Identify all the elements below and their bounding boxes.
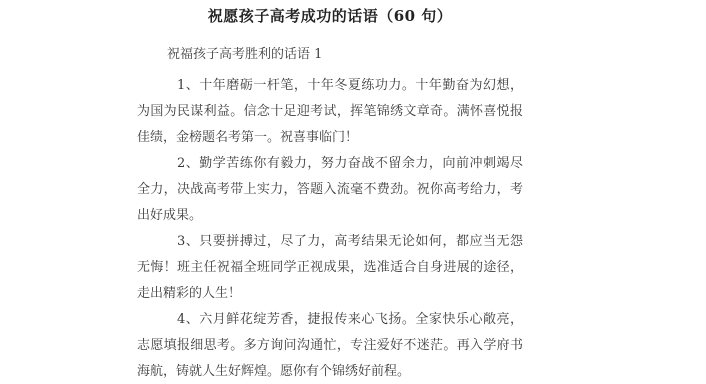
document-content: 祝愿孩子高考成功的话语（60 句） 祝福孩子高考胜利的话语 1 1、十年磨砺一杆…: [137, 3, 523, 384]
document-subheading: 祝福孩子高考胜利的话语 1: [137, 42, 523, 68]
paragraph-2: 2、勤学苦练你有毅力，努力奋战不留余力，向前冲刺竭尽全力，决战高考带上实力，答题…: [137, 151, 523, 229]
document-page: 祝愿孩子高考成功的话语（60 句） 祝福孩子高考胜利的话语 1 1、十年磨砺一杆…: [0, 0, 706, 384]
paragraph-3: 3、只要拼搏过，尽了力，高考结果无论如何，都应当无怨无悔！班主任祝福全班同学正视…: [137, 229, 523, 307]
paragraph-4: 4、六月鲜花绽芳香，捷报传来心飞扬。全家快乐心敞亮，志愿填报细思考。多方询问沟通…: [137, 307, 523, 384]
document-title: 祝愿孩子高考成功的话语（60 句）: [137, 3, 523, 29]
paragraph-1: 1、十年磨砺一杆笔，十年冬夏练功力。十年勤奋为幻想，为国为民谋利益。信念十足迎考…: [137, 73, 523, 151]
